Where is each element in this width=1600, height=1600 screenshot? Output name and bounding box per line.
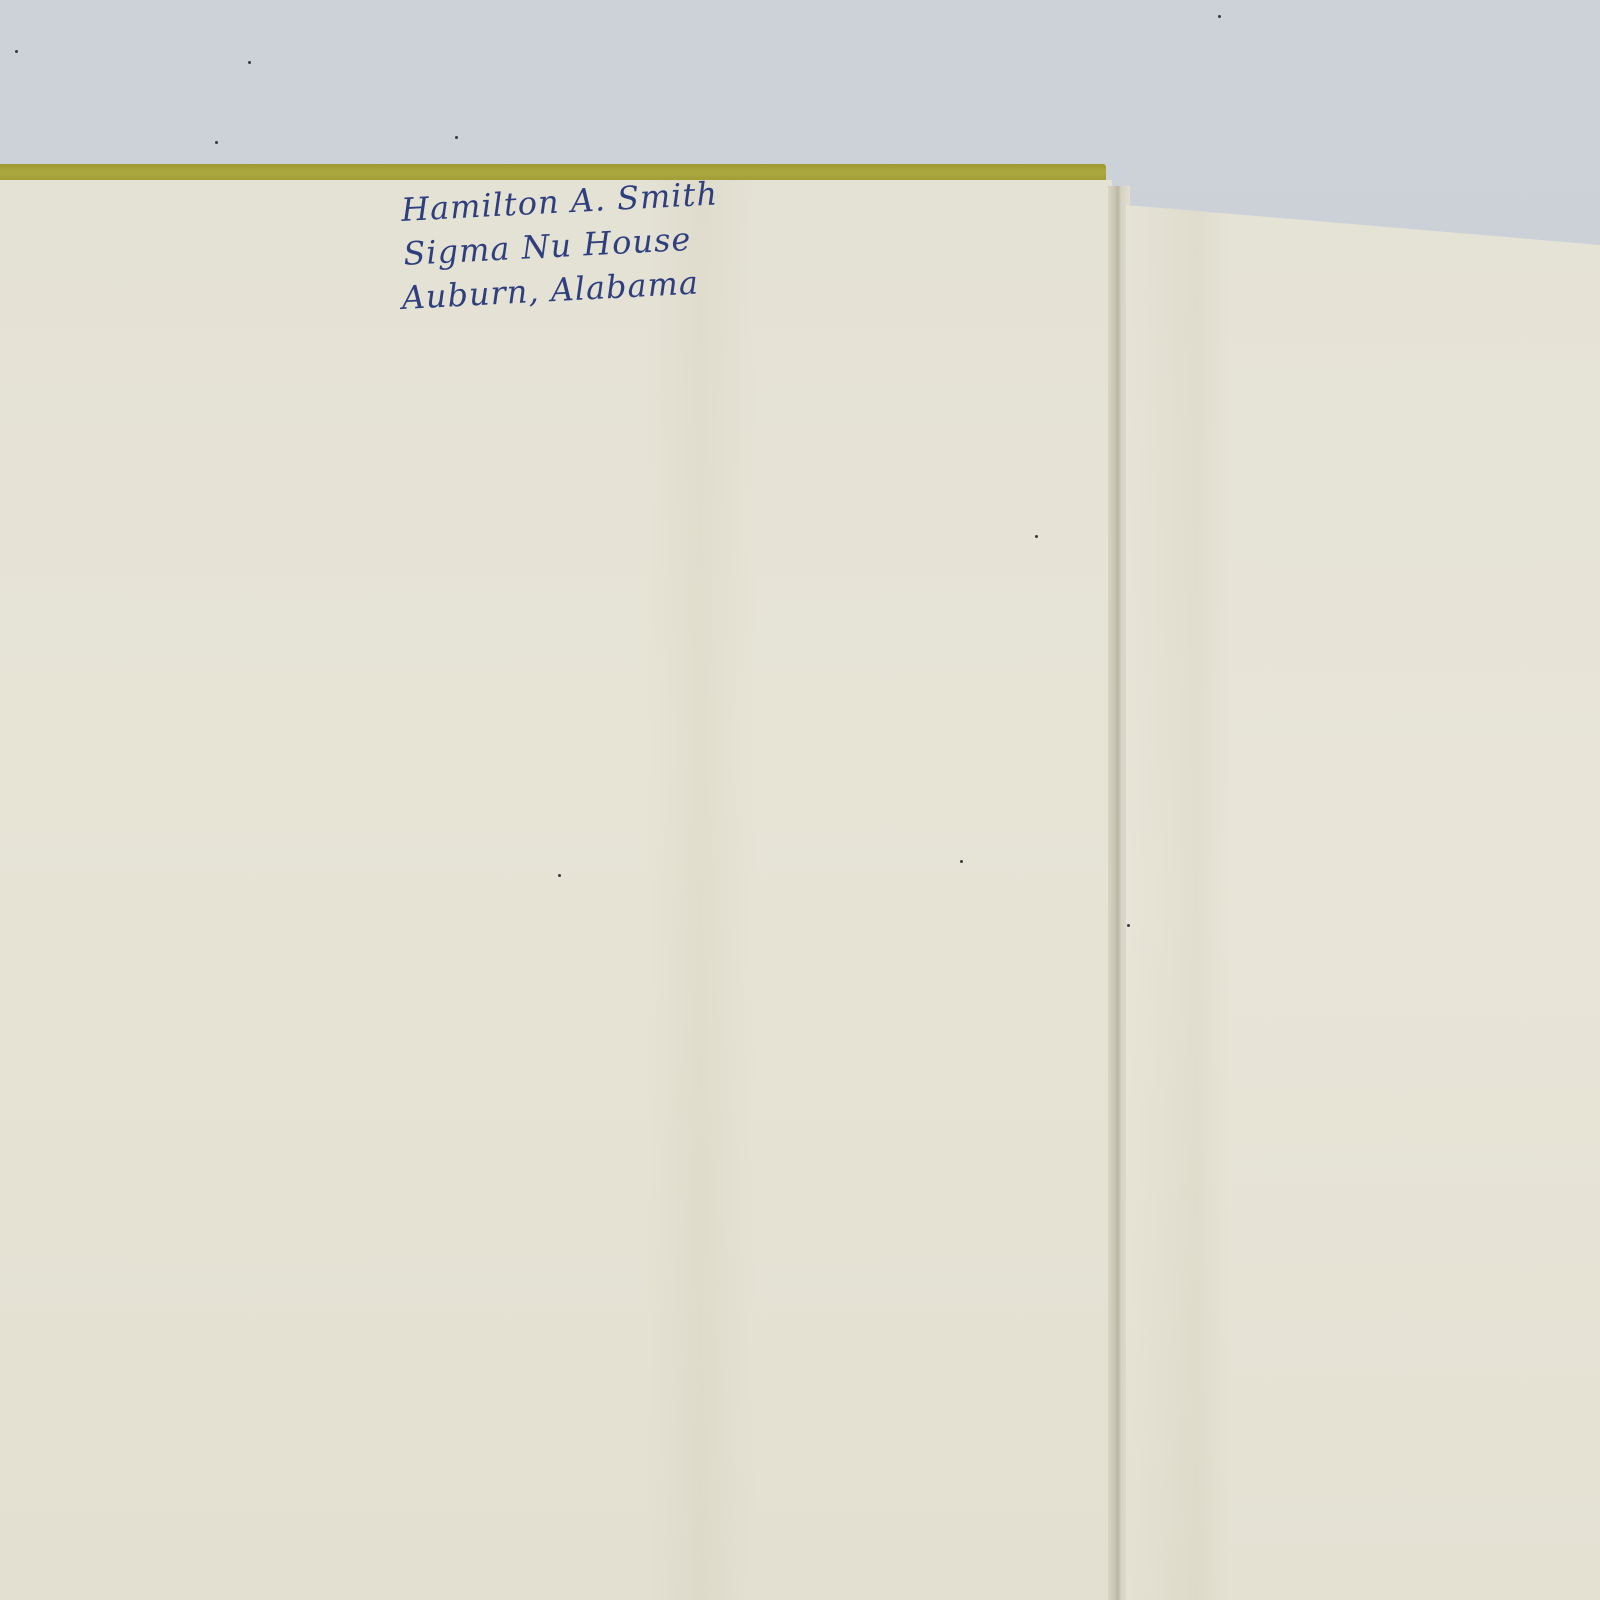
dust-speck	[15, 50, 18, 53]
free-endpaper	[1126, 205, 1600, 1600]
dust-speck	[960, 860, 963, 863]
dust-speck	[1218, 15, 1221, 18]
dust-speck	[215, 141, 218, 144]
dust-speck	[1127, 924, 1130, 927]
handwritten-inscription: Hamilton A. Smith Sigma Nu House Auburn,…	[400, 166, 826, 320]
dust-speck	[248, 61, 251, 64]
front-endpaper-pastedown	[0, 180, 1112, 1600]
dust-speck	[1035, 535, 1038, 538]
photo-scene: Hamilton A. Smith Sigma Nu House Auburn,…	[0, 0, 1600, 1600]
dust-speck	[455, 136, 458, 139]
book-cover-edge	[0, 164, 1106, 180]
dust-speck	[558, 874, 561, 877]
